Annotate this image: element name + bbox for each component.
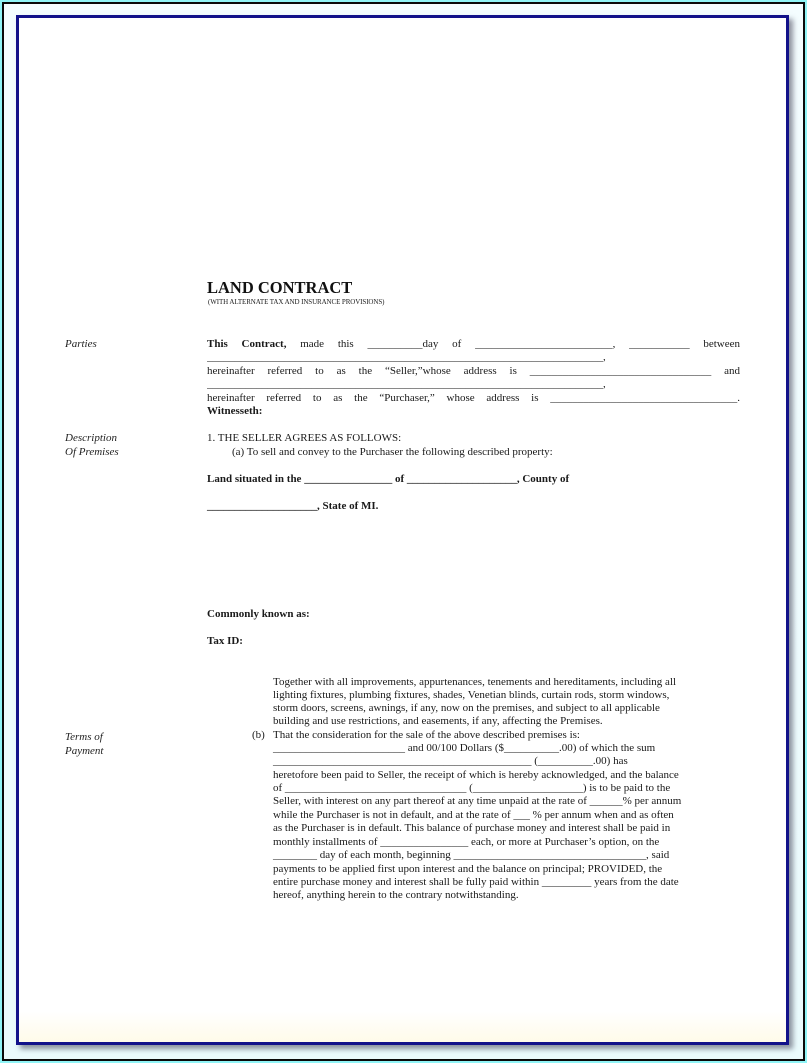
document-title: LAND CONTRACT [207, 279, 352, 297]
together-line-4: building and use restrictions, and easem… [273, 715, 603, 728]
seller-address-line: hereinafter referred to as the “Seller,”… [207, 365, 740, 378]
purchaser-name-blank: ________________________________________… [207, 378, 740, 391]
item-b-line: as the Purchaser is in default. This bal… [273, 822, 670, 835]
parties-line-1-text: made this __________day of _____________… [286, 338, 740, 350]
document-subtitle: (WITH ALTERNATE TAX AND INSURANCE PROVIS… [208, 298, 384, 306]
item-b-marker: (b) [252, 729, 265, 742]
together-line-3: storm doors, screens, awnings, if any, n… [273, 702, 660, 715]
parties-line-1: This Contract, made this __________day o… [207, 338, 740, 351]
item-b-line: entire purchase money and interest shall… [273, 876, 679, 889]
land-situated-line: Land situated in the ________________ of… [207, 473, 569, 486]
section-1-heading: 1. THE SELLER AGREES AS FOLLOWS: [207, 432, 401, 445]
side-label-parties: Parties [65, 338, 97, 351]
item-b-line: heretofore been paid to Seller, the rece… [273, 769, 679, 782]
side-label-payment-text: Payment [65, 745, 103, 758]
together-line-2: lighting fixtures, plumbing fixtures, sh… [273, 689, 669, 702]
item-b-line: That the consideration for the sale of t… [273, 729, 580, 742]
side-label-description: Description [65, 432, 117, 445]
side-label-terms-of: Terms of [65, 731, 103, 744]
seller-name-blank: ________________________________________… [207, 351, 740, 364]
item-b-line: while the Purchaser is not in default, a… [273, 809, 674, 822]
state-line: ____________________, State of MI. [207, 500, 378, 513]
commonly-known-label: Commonly known as: [207, 608, 310, 621]
together-line-1: Together with all improvements, appurten… [273, 676, 740, 689]
item-b-line: ________ day of each month, beginning __… [273, 849, 669, 862]
item-a-text: (a) To sell and convey to the Purchaser … [232, 446, 553, 459]
page-surface: LAND CONTRACT (WITH ALTERNATE TAX AND IN… [19, 18, 786, 1042]
item-b-line: Seller, with interest on any part thereo… [273, 795, 681, 808]
tax-id-label: Tax ID: [207, 635, 243, 648]
item-b-line: ________________________________________… [273, 755, 628, 768]
item-b-line: payments to be applied first upon intere… [273, 863, 662, 876]
purchaser-address-line: hereinafter referred to as the “Purchase… [207, 392, 740, 405]
item-b-line: hereof, anything herein to the contrary … [273, 889, 519, 902]
item-b-line: of _________________________________ (__… [273, 782, 670, 795]
side-label-of-premises: Of Premises [65, 446, 119, 459]
document-page: LAND CONTRACT (WITH ALTERNATE TAX AND IN… [16, 15, 789, 1045]
item-b-line: monthly installments of ________________… [273, 836, 659, 849]
item-b-line: ________________________ and 00/100 Doll… [273, 742, 655, 755]
witnesseth-heading: Witnesseth: [207, 405, 262, 418]
this-contract-label: This Contract, [207, 338, 286, 350]
